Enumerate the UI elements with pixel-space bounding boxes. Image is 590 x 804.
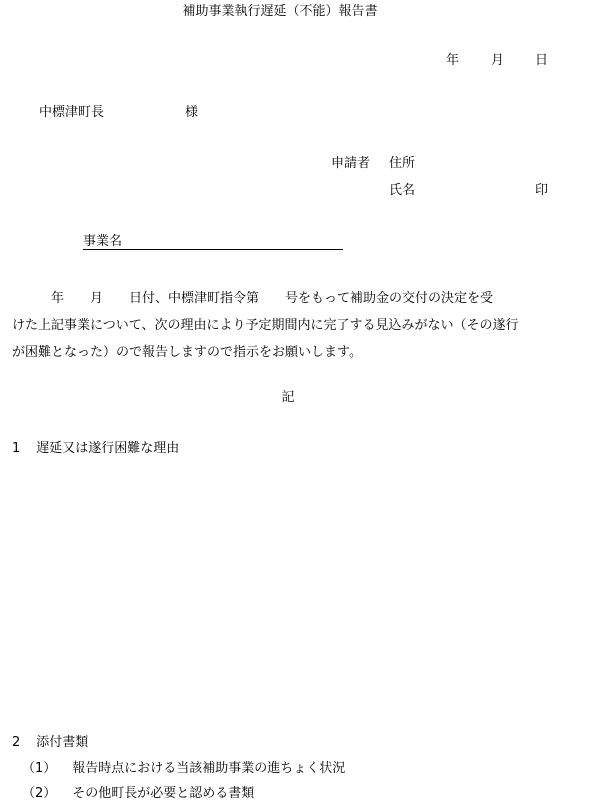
item-number: （1） bbox=[22, 761, 56, 777]
date-year-label: 年 bbox=[446, 53, 459, 69]
project-name-label: 事業名 bbox=[83, 234, 122, 249]
section-title: 添付書類 bbox=[36, 735, 88, 750]
address-label: 住所 bbox=[389, 156, 415, 172]
attachment-item-1: （1）報告時点における当該補助事業の進ちょく状況 bbox=[22, 761, 345, 777]
body-line-1: 年 月 日付、中標津町指令第 号をもって補助金の交付の決定を受 bbox=[12, 285, 582, 312]
item-number: （2） bbox=[22, 786, 56, 802]
item-text: 報告時点における当該補助事業の進ちょく状況 bbox=[72, 761, 345, 776]
attachment-item-2: （2）その他町長が必要と認める書類 bbox=[22, 786, 254, 802]
ki-heading: 記 bbox=[0, 390, 576, 406]
body-paragraph: 年 月 日付、中標津町指令第 号をもって補助金の交付の決定を受 けた上記事業につ… bbox=[12, 285, 582, 366]
date-month-label: 月 bbox=[491, 53, 504, 69]
date-day-label: 日 bbox=[535, 53, 548, 69]
addressee: 中標津町長 bbox=[39, 105, 104, 121]
section-2-heading: 2添付書類 bbox=[12, 735, 88, 751]
section-title: 遅延又は遂行困難な理由 bbox=[36, 441, 179, 456]
section-number: 2 bbox=[12, 735, 20, 751]
project-name-field: 事業名 bbox=[83, 234, 343, 250]
name-label: 氏名 bbox=[389, 183, 415, 199]
item-text: その他町長が必要と認める書類 bbox=[72, 786, 254, 801]
body-line-2: けた上記事業について、次の理由により予定期間内に完了する見込みがない（その遂行 bbox=[12, 312, 582, 339]
applicant-label: 申請者 bbox=[331, 156, 370, 172]
honorific: 様 bbox=[185, 105, 198, 121]
section-number: 1 bbox=[12, 441, 20, 457]
seal-mark: 印 bbox=[535, 183, 548, 199]
section-1-heading: 1遅延又は遂行困難な理由 bbox=[12, 441, 179, 457]
document-title: 補助事業執行遅延（不能）報告書 bbox=[0, 4, 560, 20]
body-line-3: が困難となった）ので報告しますので指示をお願いします。 bbox=[12, 339, 582, 366]
